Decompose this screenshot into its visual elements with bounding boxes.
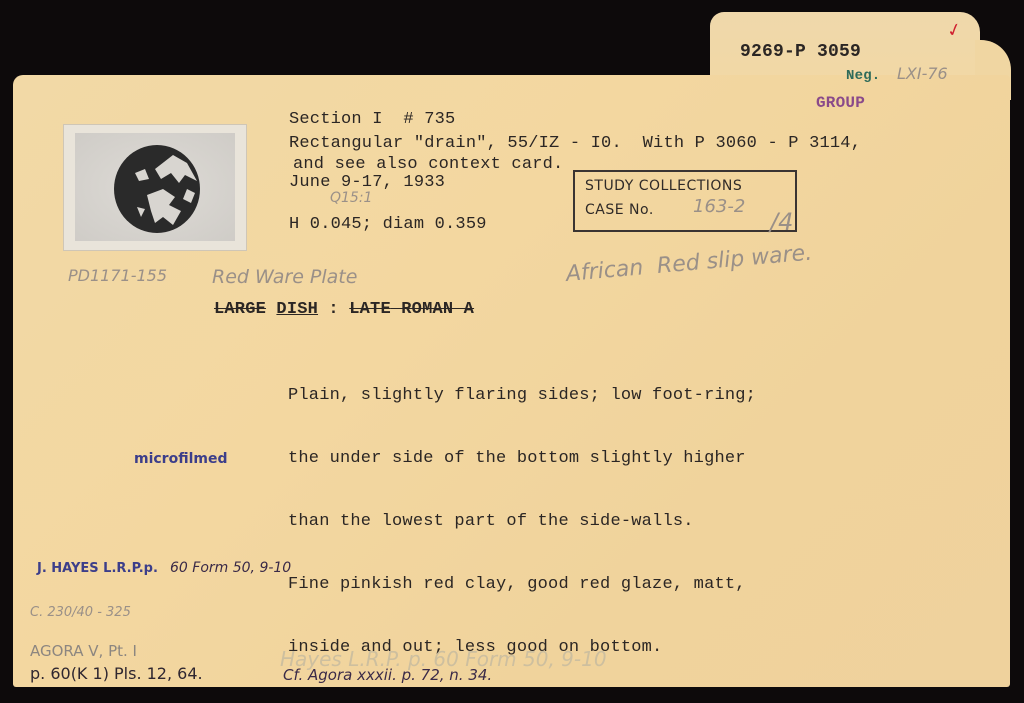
classification-dish: DISH [276, 300, 318, 319]
context-line-2: and see also context card. [293, 155, 563, 174]
description-line: Plain, slightly flaring sides; low foot-… [288, 385, 756, 406]
plate-label: Red Ware Plate [212, 266, 357, 288]
grid-reference: Q15:1 [330, 190, 372, 206]
section-number: Section I # 735 [289, 110, 455, 129]
agora-reference: p. 60(K 1) Pls. 12, 64. [30, 664, 203, 683]
description-line: Fine pinkish red clay, good red glaze, m… [288, 574, 756, 595]
classification-roman: ROMAN A [391, 300, 474, 319]
description-line: the under side of the bottom slightly hi… [288, 448, 756, 469]
plate-id: PD1171-155 [68, 266, 167, 285]
description-line: than the lowest part of the side-walls. [288, 511, 756, 532]
neg-number: LXI-76 [897, 64, 948, 83]
agora-stamp: AGORA V, Pt. I [30, 642, 137, 660]
pencil-reference: C. 230/40 - 325 [30, 605, 131, 620]
classification-heading: LARGE DISH : LATE ROMAN A [214, 300, 474, 319]
neg-label: Neg. [846, 68, 880, 84]
stamp-case-label: CASE No. [585, 202, 654, 218]
group-stamp: GROUP [816, 94, 865, 112]
dimensions: H 0.045; diam 0.359 [289, 215, 487, 234]
study-collections-stamp: STUDY COLLECTIONS CASE No. 163-2 [573, 170, 797, 232]
hayes-reference: 60 Form 50, 9-10 [170, 560, 291, 576]
hayes-stamp: J. HAYES L.R.P.p. [37, 561, 158, 576]
case-number: 163-2 [693, 196, 745, 217]
case-suffix: /4 [770, 208, 793, 236]
microfilmed-stamp: microfilmed [134, 451, 228, 467]
dish-fragment-image [75, 133, 235, 241]
context-line: Rectangular "drain", 55/IZ - I0. With P … [289, 134, 861, 153]
description-block: Plain, slightly flaring sides; low foot-… [288, 343, 756, 679]
classification-late: LATE [349, 300, 391, 319]
classification-large: LARGE [214, 300, 266, 319]
stamp-title: STUDY COLLECTIONS [585, 178, 742, 194]
cf-agora-reference: Cf. Agora xxxii. p. 72, n. 34. [283, 666, 492, 684]
catalog-number: 9269-P 3059 [740, 42, 861, 62]
artifact-photo [63, 124, 247, 251]
